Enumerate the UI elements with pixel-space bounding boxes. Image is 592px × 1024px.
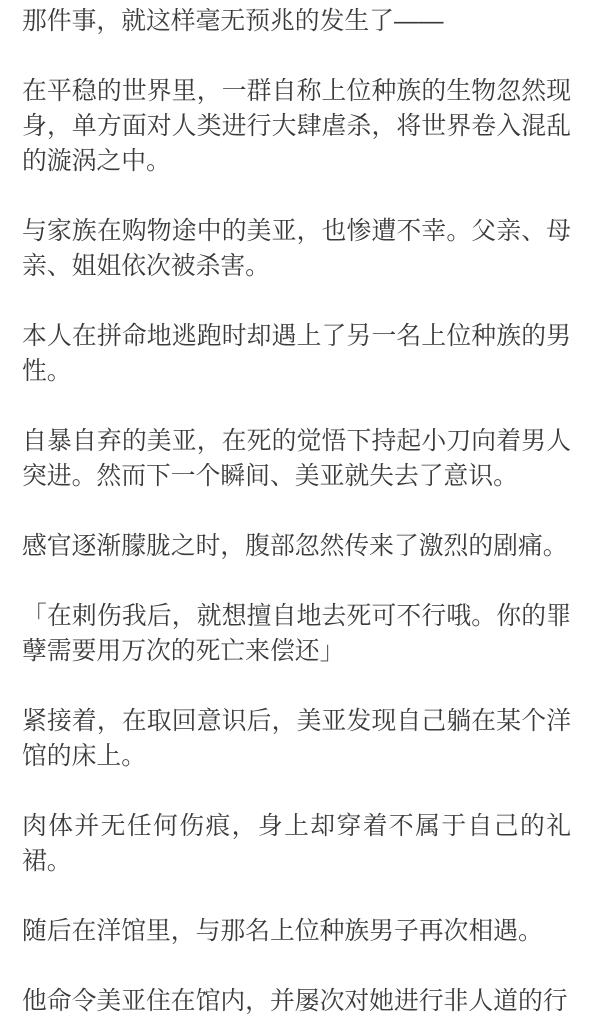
- story-text-page: 那件事，就这样毫无预兆的发生了—— 在平稳的世界里，一群自称上位种族的生物忽然现…: [0, 0, 592, 1024]
- paragraph: 那件事，就这样毫无预兆的发生了——: [22, 4, 571, 39]
- paragraph: 「在刺伤我后，就想擅自地去死可不行哦。你的罪孽需要用万次的死亡来偿还」: [22, 599, 571, 669]
- paragraph: 他命令美亚住在馆内，并屡次对她进行非人道的行: [22, 984, 571, 1019]
- paragraph: 自暴自弃的美亚，在死的觉悟下持起小刀向着男人突进。然而下一个瞬间、美亚就失去了意…: [22, 424, 571, 494]
- paragraph: 本人在拼命地逃跑时却遇上了另一名上位种族的男性。: [22, 319, 571, 389]
- paragraph: 在平稳的世界里，一群自称上位种族的生物忽然现身，单方面对人类进行大肆虐杀，将世界…: [22, 74, 571, 179]
- paragraph: 随后在洋馆里，与那名上位种族男子再次相遇。: [22, 914, 571, 949]
- paragraph: 紧接着，在取回意识后，美亚发现自己躺在某个洋馆的床上。: [22, 704, 571, 774]
- paragraph: 肉体并无任何伤痕，身上却穿着不属于自己的礼裙。: [22, 809, 571, 879]
- paragraph: 与家族在购物途中的美亚，也惨遭不幸。父亲、母亲、姐姐依次被杀害。: [22, 214, 571, 284]
- paragraph: 感官逐渐朦胧之时，腹部忽然传来了激烈的剧痛。: [22, 529, 571, 564]
